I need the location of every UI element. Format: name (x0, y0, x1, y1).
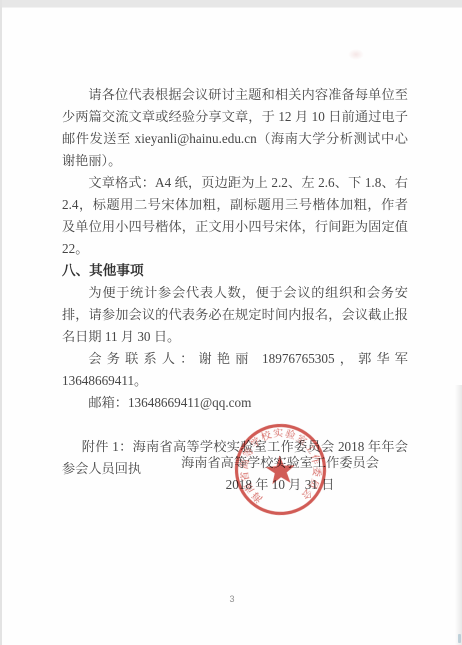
scan-right-edge (455, 385, 462, 645)
scan-top-edge (0, 0, 462, 8)
body-text: 请各位代表根据会议研讨主题和相关内容准备每单位至少两篇交流文章或经验分享文章，于… (62, 84, 408, 480)
paragraph-contacts: 会务联系人：谢艳丽 18976765305，郭华军 13648669411。 (62, 348, 408, 392)
paragraph-submit-articles: 请各位代表根据会议研讨主题和相关内容准备每单位至少两篇交流文章或经验分享文章，于… (62, 84, 408, 172)
paragraph-email: 邮箱：13648669411@qq.com (62, 392, 408, 414)
official-seal: 海南省高等学校实验室工作委员会 (229, 418, 333, 522)
page-number: 3 (214, 594, 250, 604)
scan-smudge (348, 49, 364, 60)
scan-left-edge (0, 0, 2, 645)
section-heading-other-matters: 八、其他事项 (62, 260, 408, 282)
scan-speck (458, 634, 461, 643)
paragraph-article-format: 文章格式：A4 纸，页边距为上 2.2、左 2.6、下 1.8、右 2.4，标题… (62, 172, 408, 260)
paragraph-registration-deadline: 为便于统计参会代表人数，便于会议的组织和会务安排，请参加会议的代表务必在规定时间… (62, 282, 408, 348)
seal-star-icon (265, 455, 296, 485)
document-page: 请各位代表根据会议研讨主题和相关内容准备每单位至少两篇交流文章或经验分享文章，于… (0, 0, 462, 645)
